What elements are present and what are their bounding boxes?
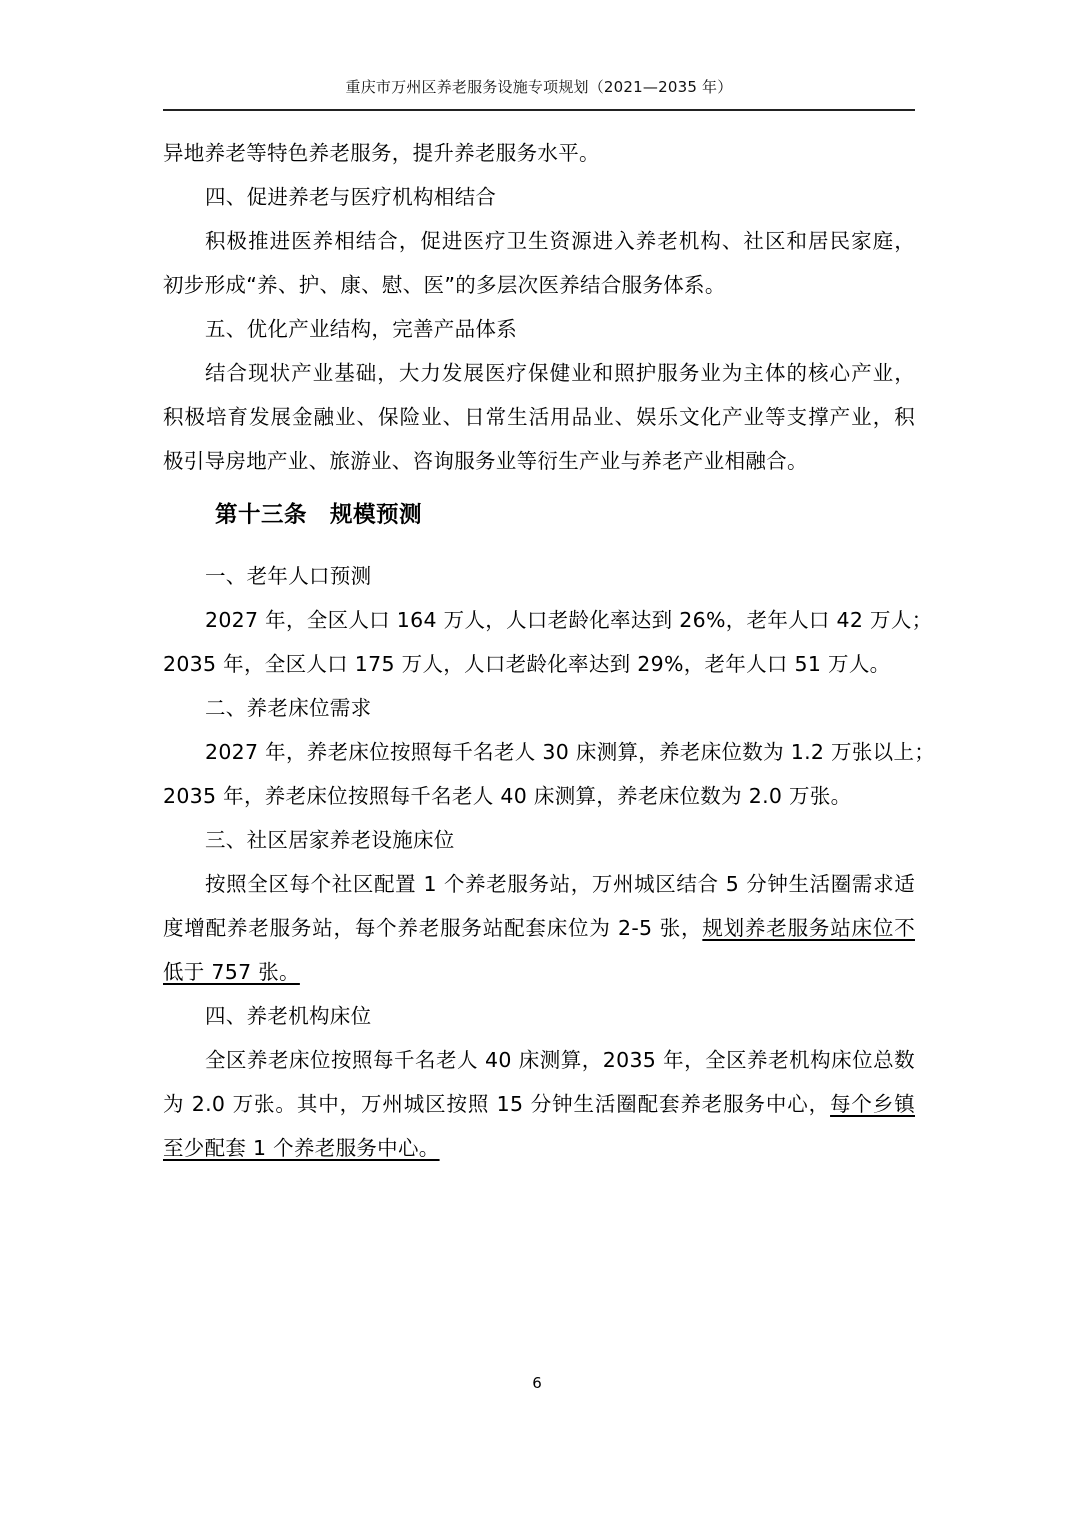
paragraph-line: 2027 年，养老床位按照每千名老人 30 床测算，养老床位数为 1.2 万张以… bbox=[163, 738, 915, 766]
section-title: 四、促进养老与医疗机构相结合 bbox=[163, 183, 915, 211]
page-number: 6 bbox=[0, 1374, 1074, 1392]
section-title: 五、优化产业结构，完善产品体系 bbox=[163, 315, 915, 343]
paragraph-line: 全区养老床位按照每千名老人 40 床测算，2035 年，全区养老机构床位总数 bbox=[163, 1046, 915, 1074]
running-header: 重庆市万州区养老服务设施专项规划（2021—2035 年） bbox=[163, 76, 915, 97]
paragraph-line: 极引导房地产业、旅游业、咨询服务业等衍生产业与养老产业相融合。 bbox=[163, 447, 915, 475]
underlined-text: 低于 757 张。 bbox=[163, 960, 300, 984]
section-title: 一、老年人口预测 bbox=[163, 562, 915, 590]
paragraph-line: 异地养老等特色养老服务，提升养老服务水平。 bbox=[163, 139, 915, 167]
plain-text: 为 2.0 万张。其中，万州城区按照 15 分钟生活圈配套养老服务中心， bbox=[163, 1092, 830, 1116]
paragraph-line: 初步形成“养、护、康、慰、医”的多层次医养结合服务体系。 bbox=[163, 271, 915, 299]
header-divider bbox=[163, 109, 915, 111]
paragraph-line: 2027 年，全区人口 164 万人，人口老龄化率达到 26%，老年人口 42 … bbox=[163, 606, 915, 634]
section-title: 二、养老床位需求 bbox=[163, 694, 915, 722]
paragraph-line: 度增配养老服务站，每个养老服务站配套床位为 2-5 张，规划养老服务站床位不 bbox=[163, 914, 915, 942]
paragraph-line: 按照全区每个社区配置 1 个养老服务站，万州城区结合 5 分钟生活圈需求适 bbox=[163, 870, 915, 898]
plain-text: 度增配养老服务站，每个养老服务站配套床位为 2-5 张， bbox=[163, 916, 702, 940]
underlined-text: 每个乡镇 bbox=[830, 1092, 915, 1116]
article-heading: 第十三条 规模预测 bbox=[163, 501, 915, 529]
paragraph-line: 积极推进医养相结合，促进医疗卫生资源进入养老机构、社区和居民家庭， bbox=[163, 227, 915, 255]
underlined-text: 至少配套 1 个养老服务中心。 bbox=[163, 1136, 440, 1160]
paragraph-line: 积极培育发展金融业、保险业、日常生活用品业、娱乐文化产业等支撑产业，积 bbox=[163, 403, 915, 431]
section-title: 三、社区居家养老设施床位 bbox=[163, 826, 915, 854]
paragraph-line: 至少配套 1 个养老服务中心。 bbox=[163, 1134, 915, 1162]
section-title: 四、养老机构床位 bbox=[163, 1002, 915, 1030]
paragraph-line: 低于 757 张。 bbox=[163, 958, 915, 986]
underlined-text: 规划养老服务站床位不 bbox=[702, 916, 915, 940]
paragraph-line: 为 2.0 万张。其中，万州城区按照 15 分钟生活圈配套养老服务中心，每个乡镇 bbox=[163, 1090, 915, 1118]
paragraph-line: 2035 年，养老床位按照每千名老人 40 床测算，养老床位数为 2.0 万张。 bbox=[163, 782, 915, 810]
paragraph-line: 2035 年，全区人口 175 万人，人口老龄化率达到 29%，老年人口 51 … bbox=[163, 650, 915, 678]
paragraph-line: 结合现状产业基础，大力发展医疗保健业和照护服务业为主体的核心产业， bbox=[163, 359, 915, 387]
